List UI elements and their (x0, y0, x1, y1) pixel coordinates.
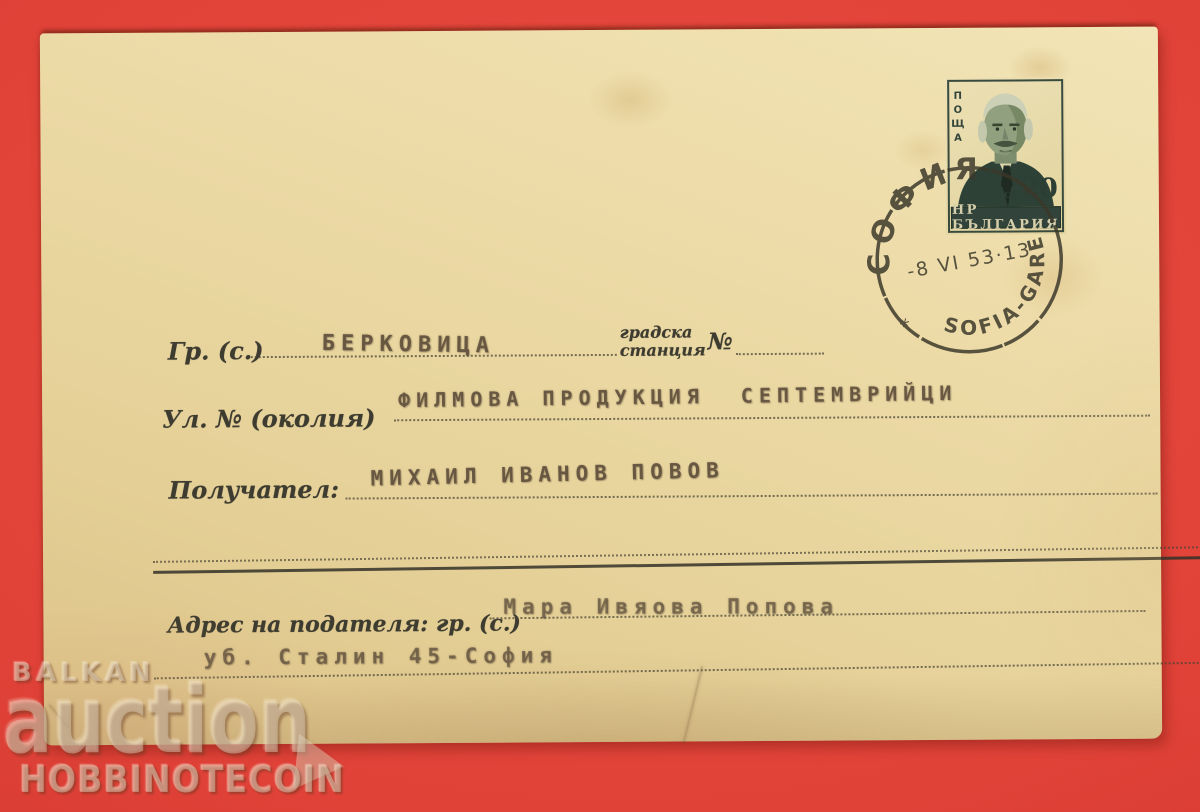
street-typed-value: ФИЛМОВА ПРОДУКЦИЯ СЕПТЕМВРИЙЦИ (398, 381, 958, 412)
postmark-date-text: -8 VI 53·13 (905, 239, 1033, 283)
corner-fold-mark (49, 704, 70, 728)
station-no-dotted-line (736, 353, 824, 356)
postmark-right-mark: * (1018, 182, 1040, 204)
photo-background: ПОЩА ст.20 НР БЪЛГАРИЯ СОФИЯ SOFIA-GARE (0, 0, 1200, 812)
recipient-dotted-line (346, 493, 1158, 500)
divider-rule (153, 546, 1200, 574)
crease-mark (683, 666, 703, 742)
recipient-label: Получател: (169, 475, 340, 505)
stamp-posta-label: ПОЩА (952, 91, 963, 147)
postmark: СОФИЯ SOFIA-GARE * * -8 VI 53·13 (864, 154, 1075, 365)
station-no-label: № (708, 328, 733, 355)
city-station-label-line1: градска (620, 323, 706, 341)
envelope: ПОЩА ст.20 НР БЪЛГАРИЯ СОФИЯ SOFIA-GARE (40, 27, 1162, 746)
city-station-label-line2: станция (620, 341, 706, 359)
recipient-typed-value: МИХАИЛ ИВАНОВ ПОВОВ (370, 458, 725, 490)
city-station-label: градска станция (620, 323, 706, 359)
sender-address-typed-value: уб. Сталин 45-София (204, 643, 558, 669)
street-dotted-line (394, 415, 1150, 422)
street-label: Ул. № (околия) (162, 403, 375, 433)
sender-label: Адрес на подателя: гр. (с.) (167, 610, 521, 638)
city-typed-value: БЕРКОВИЦА (322, 331, 496, 359)
watermark-hobbinotecoin-text: HOBBINOTECOIN (19, 758, 345, 801)
city-label: Гр. (с.) (168, 336, 264, 366)
